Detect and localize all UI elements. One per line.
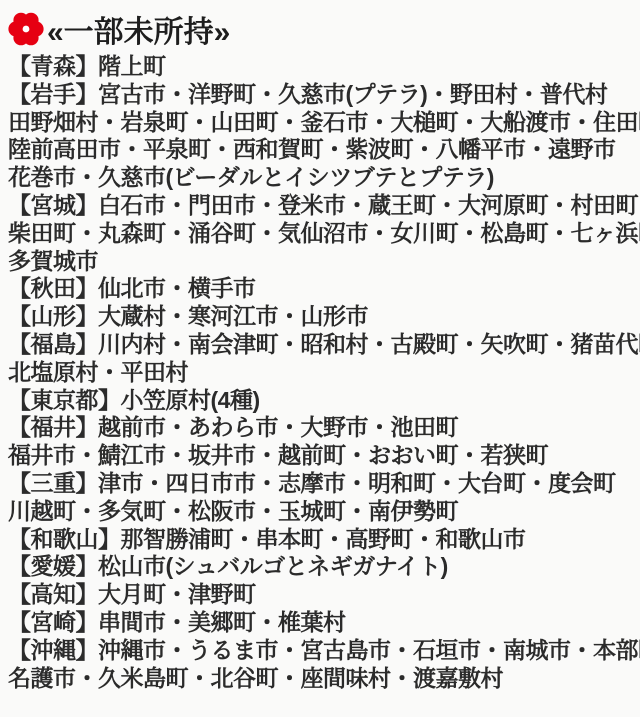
- list-line: 【和歌山】那智勝浦町・串本町・高野町・和歌山市: [8, 526, 636, 554]
- list-line: 柴田町・丸森町・涌谷町・気仙沼市・女川町・松島町・七ヶ浜町: [8, 220, 636, 248]
- municipality-list: 【青森】階上町【岩手】宮古市・洋野町・久慈市(プテラ)・野田村・普代村田野畑村・…: [8, 53, 636, 692]
- page-title: «一部未所持»: [47, 7, 230, 51]
- list-line: 名護市・久米島町・北谷町・座間味村・渡嘉敷村: [8, 665, 636, 693]
- flower-icon: [8, 11, 44, 47]
- list-line: 【山形】大蔵村・寒河江市・山形市: [8, 303, 636, 331]
- list-line: 福井市・鯖江市・坂井市・越前町・おおい町・若狭町: [8, 442, 636, 470]
- page: «一部未所持» 【青森】階上町【岩手】宮古市・洋野町・久慈市(プテラ)・野田村・…: [0, 0, 640, 717]
- list-line: 【東京都】小笠原村(4種): [8, 387, 636, 415]
- list-line: 【福島】川内村・南会津町・昭和村・古殿町・矢吹町・猪苗代町: [8, 331, 636, 359]
- list-line: 【宮崎】串間市・美郷町・椎葉村: [8, 609, 636, 637]
- list-line: 川越町・多気町・松阪市・玉城町・南伊勢町: [8, 498, 636, 526]
- list-line: 【沖縄】沖縄市・うるま市・宮古島市・石垣市・南城市・本部町: [8, 637, 636, 665]
- list-line: 多賀城市: [8, 248, 636, 276]
- list-line: 陸前高田市・平泉町・西和賀町・紫波町・八幡平市・遠野市: [8, 136, 636, 164]
- list-line: 【青森】階上町: [8, 53, 636, 81]
- list-line: 【宮城】白石市・門田市・登米市・蔵王町・大河原町・村田町: [8, 192, 636, 220]
- list-line: 【三重】津市・四日市市・志摩市・明和町・大台町・度会町: [8, 470, 636, 498]
- list-line: 【秋田】仙北市・横手市: [8, 275, 636, 303]
- list-line: 【高知】大月町・津野町: [8, 581, 636, 609]
- list-line: 【愛媛】松山市(シュバルゴとネギガナイト): [8, 553, 636, 581]
- header: «一部未所持»: [8, 8, 636, 50]
- list-line: 花巻市・久慈市(ビーダルとイシツブテとプテラ): [8, 164, 636, 192]
- list-line: 田野畑村・岩泉町・山田町・釜石市・大槌町・大船渡市・住田町: [8, 109, 636, 137]
- list-line: 北塩原村・平田村: [8, 359, 636, 387]
- list-line: 【福井】越前市・あわら市・大野市・池田町: [8, 414, 636, 442]
- list-line: 【岩手】宮古市・洋野町・久慈市(プテラ)・野田村・普代村: [8, 81, 636, 109]
